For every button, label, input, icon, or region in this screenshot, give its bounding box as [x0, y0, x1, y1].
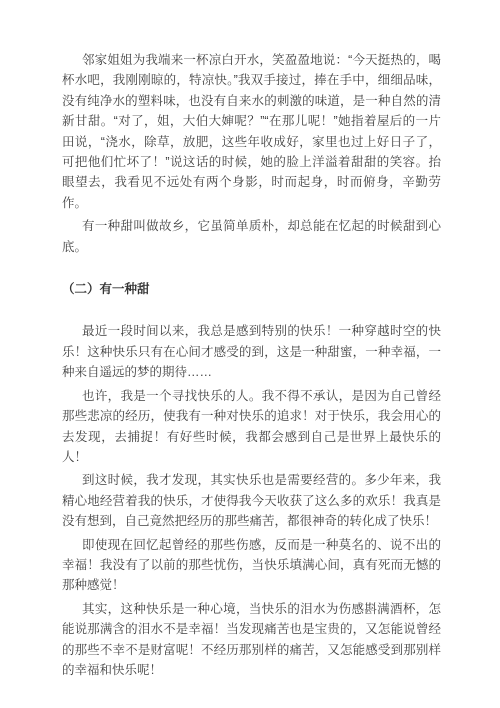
paragraph: 也许，我是一个寻找快乐的人。我不得不承认，是因为自己曾经那些悲凉的经历，使我有一…	[62, 386, 441, 468]
paragraph: 邻家姐姐为我端来一杯凉白开水，笑盈盈地说：“今天挺热的，喝杯水吧，我刚刚晾的，特…	[62, 50, 441, 213]
paragraph: 其实，这种快乐是一种心境，当快乐的泪水为伤感斟满酒杯，怎能说那满含的泪水不是幸福…	[62, 599, 441, 681]
paragraph: 有一种甜叫做故乡，它虽简单质朴，却总能在忆起的时候甜到心底。	[62, 216, 441, 257]
paragraph: 到这时候，我才发现，其实快乐也是需要经营的。多少年来，我精心地经营着我的快乐，才…	[62, 470, 441, 531]
section-heading: （二）有一种甜	[62, 279, 441, 299]
paragraph: 最近一段时间以来，我总是感到特别的快乐！一种穿越时空的快乐！这种快乐只有在心间才…	[62, 321, 441, 382]
paragraph: 即使现在回忆起曾经的那些伤感，反而是一种莫名的、说不出的幸福！我没有了以前的那些…	[62, 535, 441, 596]
document-page: 邻家姐姐为我端来一杯凉白开水，笑盈盈地说：“今天挺热的，喝杯水吧，我刚刚晾的，特…	[0, 0, 500, 708]
